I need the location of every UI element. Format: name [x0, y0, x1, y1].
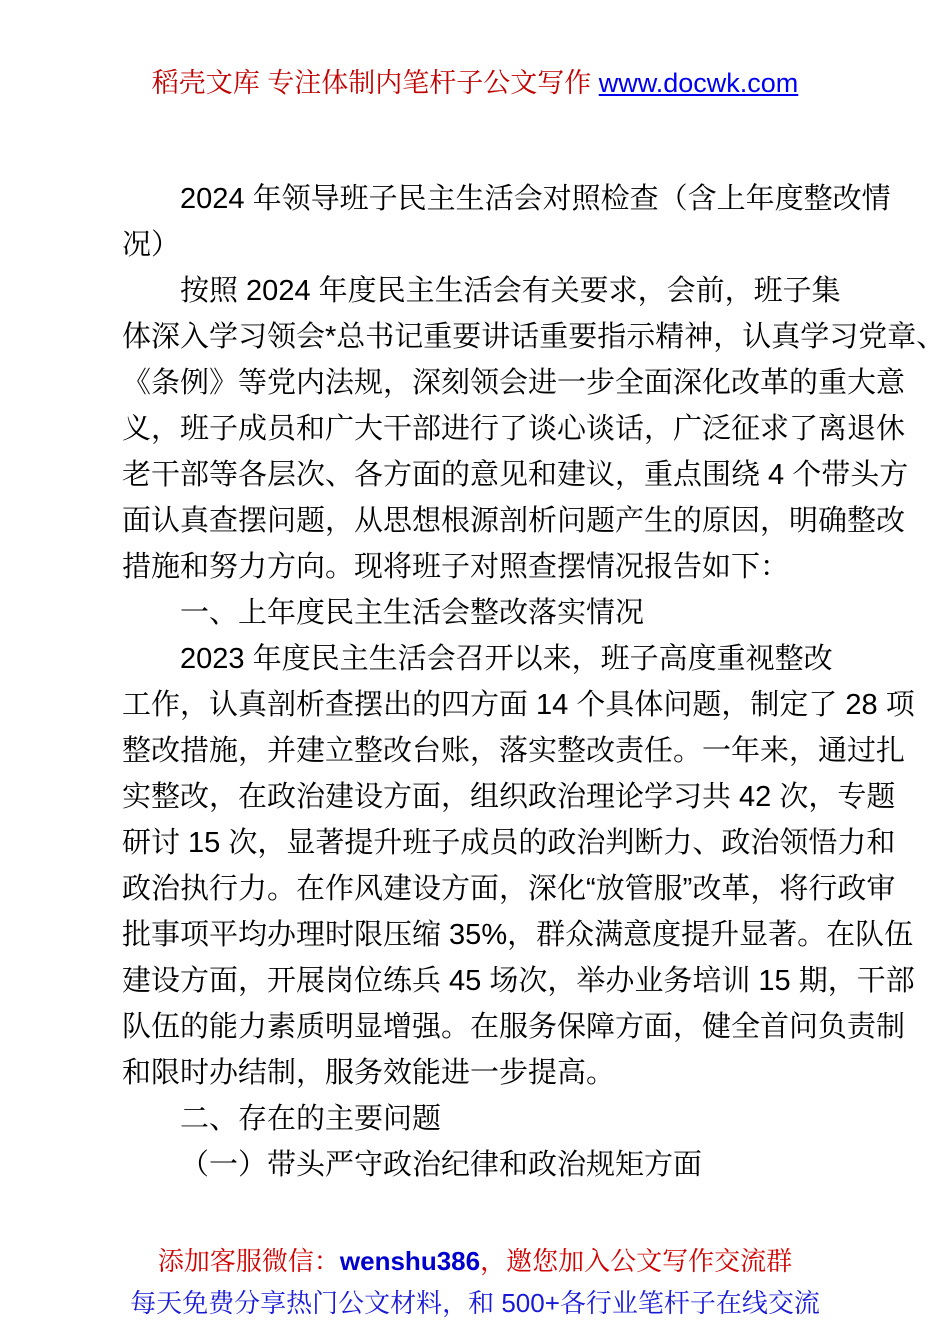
- doc-line-title-2: 况）: [122, 222, 834, 268]
- footer-invite-text: ，邀您加入公文写作交流群: [480, 1246, 792, 1276]
- document-page: 稻壳文库 专注体制内笔杆子公文写作 www.docwk.com 2024 年领导…: [0, 0, 950, 1344]
- doc-line-paragraph-1-7: 措施和努力方向。现将班子对照查摆情况报告如下：: [122, 544, 834, 590]
- doc-line-paragraph-2-6: 政治执行力。在作风建设方面，深化“放管服”改革，将行政审: [122, 866, 834, 912]
- doc-line-paragraph-2-9: 队伍的能力素质明显增强。在服务保障方面，健全首问负责制: [122, 1004, 834, 1050]
- doc-line-paragraph-1-3: 《条例》等党内法规，深刻领会进一步全面深化改革的重大意: [122, 360, 834, 406]
- doc-line-paragraph-2-5: 研讨 15 次，显著提升班子成员的政治判断力、政治领悟力和: [122, 820, 834, 866]
- doc-line-paragraph-2-1: 2023 年度民主生活会召开以来，班子高度重视整改: [122, 636, 834, 682]
- footer-wechat-prompt: 添加客服微信：: [158, 1246, 340, 1276]
- promo-footer-line2: 每天免费分享热门公文材料，和 500+各行业笔杆子在线交流: [0, 1282, 950, 1324]
- promo-footer: 添加客服微信：wenshu386，邀您加入公文写作交流群 每天免费分享热门公文材…: [0, 1240, 950, 1324]
- doc-line-heading-3-1: （一）带头严守政治纪律和政治规矩方面: [122, 1142, 834, 1188]
- document-body: 2024 年领导班子民主生活会对照检查（含上年度整改情况）按照 2024 年度民…: [122, 176, 834, 1188]
- doc-line-heading-2-1: 二、存在的主要问题: [122, 1096, 834, 1142]
- footer-wechat-id: wenshu386: [340, 1246, 480, 1276]
- doc-line-paragraph-1-2: 体深入学习领会*总书记重要讲话重要指示精神，认真学习党章、: [122, 314, 834, 360]
- doc-line-title-1: 2024 年领导班子民主生活会对照检查（含上年度整改情: [122, 176, 834, 222]
- promo-header-link[interactable]: www.docwk.com: [599, 68, 799, 98]
- doc-line-paragraph-1-4: 义，班子成员和广大干部进行了谈心谈话，广泛征求了离退休: [122, 406, 834, 452]
- doc-line-paragraph-2-4: 实整改，在政治建设方面，组织政治理论学习共 42 次，专题: [122, 774, 834, 820]
- doc-line-heading-1-1: 一、上年度民主生活会整改落实情况: [122, 590, 834, 636]
- doc-line-paragraph-1-6: 面认真查摆问题，从思想根源剖析问题产生的原因，明确整改: [122, 498, 834, 544]
- doc-line-paragraph-2-8: 建设方面，开展岗位练兵 45 场次，举办业务培训 15 期，干部: [122, 958, 834, 1004]
- doc-line-paragraph-2-10: 和限时办结制，服务效能进一步提高。: [122, 1050, 834, 1096]
- doc-line-paragraph-2-7: 批事项平均办理时限压缩 35%，群众满意度提升显著。在队伍: [122, 912, 834, 958]
- doc-line-paragraph-1-1: 按照 2024 年度民主生活会有关要求，会前，班子集: [122, 268, 834, 314]
- doc-line-paragraph-1-5: 老干部等各层次、各方面的意见和建议，重点围绕 4 个带头方: [122, 452, 834, 498]
- promo-header-brand-text: 稻壳文库 专注体制内笔杆子公文写作: [152, 68, 599, 98]
- doc-line-paragraph-2-2: 工作，认真剖析查摆出的四方面 14 个具体问题，制定了 28 项: [122, 682, 834, 728]
- promo-footer-line1: 添加客服微信：wenshu386，邀您加入公文写作交流群: [0, 1240, 950, 1282]
- promo-header: 稻壳文库 专注体制内笔杆子公文写作 www.docwk.com: [0, 66, 950, 100]
- doc-line-paragraph-2-3: 整改措施，并建立整改台账，落实整改责任。一年来，通过扎: [122, 728, 834, 774]
